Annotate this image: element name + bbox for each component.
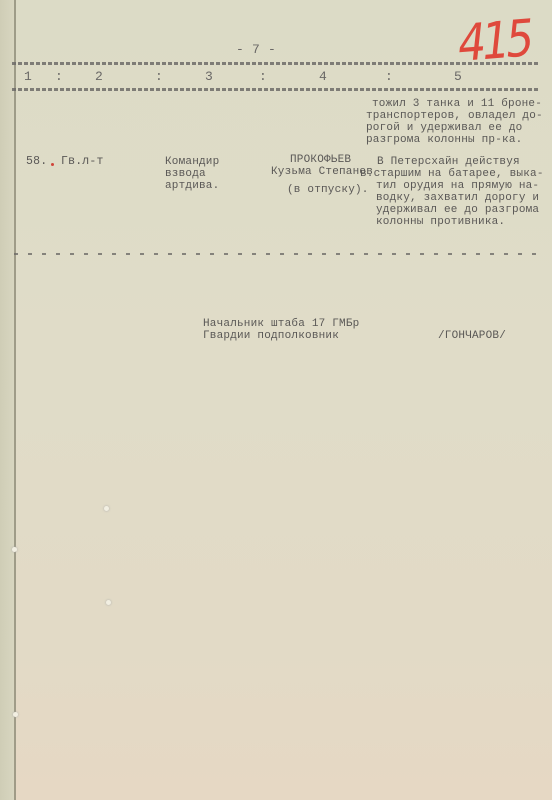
feat-line: тожил 3 танка и 11 броне-: [372, 98, 542, 110]
entry-position-line: артдива.: [165, 180, 219, 192]
binding-margin: [0, 0, 14, 800]
col-header-4: 4: [319, 69, 327, 84]
col-sep: :: [55, 69, 63, 84]
entry-feat-line: удерживал ее до разгрома: [376, 204, 539, 216]
feat-line: транспортеров, овладел до-: [366, 110, 543, 122]
entry-number: 58.: [26, 156, 47, 168]
col-header-2: 2: [95, 69, 103, 84]
page-number: - 7 -: [236, 44, 276, 56]
entry-feat-line: колонны противника.: [376, 216, 505, 228]
col-sep: :: [385, 69, 393, 84]
col-sep: :: [155, 69, 163, 84]
col-header-1: 1: [24, 69, 32, 84]
entry-status-note: (в отпуску).: [287, 184, 369, 196]
paper-speck: [13, 712, 18, 717]
paper-speck: [104, 506, 109, 511]
entry-surname: ПРОКОФЬЕВ: [290, 154, 351, 166]
signature-title-line1: Начальник штаба 17 ГМБр: [203, 318, 359, 330]
entry-rank: Гв.л-т: [61, 156, 104, 168]
entry-feat-line: в.старшим на батарее, выка-: [360, 168, 544, 180]
header-rule-bottom: [12, 88, 538, 91]
feat-line: рогой и удерживал ее до: [366, 122, 522, 134]
col-header-5: 5: [454, 69, 462, 84]
col-sep: :: [259, 69, 267, 84]
binding-line: [14, 0, 16, 800]
header-rule-top: [12, 62, 538, 65]
paper-speck: [106, 600, 111, 605]
signature-title-line2: Гвардии подполковник: [203, 330, 339, 342]
entry-feat-line: тил орудия на прямую на-: [376, 180, 539, 192]
col-header-3: 3: [205, 69, 213, 84]
entry-feat-line: В Петерсхайн действуя: [377, 156, 520, 168]
table-end-rule: [14, 253, 542, 255]
signature-name: /ГОНЧАРОВ/: [438, 330, 506, 342]
entry-given-names: Кузьма Степанов: [271, 166, 373, 178]
entry-position-line: Командир: [165, 156, 219, 168]
entry-position-line: взвода: [165, 168, 206, 180]
feat-line: разгрома колонны пр-ка.: [366, 134, 522, 146]
entry-feat-line: водку, захватил дорогу и: [376, 192, 539, 204]
paper-speck: [12, 547, 17, 552]
red-mark-dot: [51, 163, 54, 166]
